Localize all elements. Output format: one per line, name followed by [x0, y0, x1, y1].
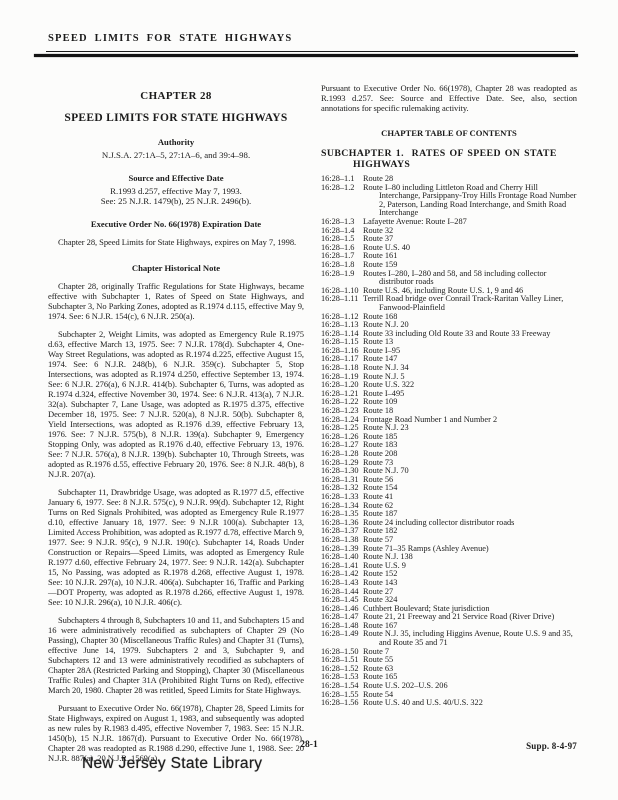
toc-entry-title: Routes I–280, I–280 and 58, and 58 inclu… — [363, 270, 577, 287]
toc-entry: 16:28–1.12 Route 168 — [321, 313, 577, 322]
toc-entry: 16:28–1.49 Route N.J. 35, including Higg… — [321, 630, 577, 647]
chapter-number: CHAPTER 28 — [48, 90, 304, 102]
authority-citation: N.J.S.A. 27:1A–5, 27:1A–6, and 39:4–98. — [48, 150, 304, 160]
toc-entry: 16:28–1.29 Route 73 — [321, 459, 577, 468]
toc-entry-title: Lafayette Avenue: Route I–287 — [363, 218, 577, 227]
running-header: SPEED LIMITS FOR STATE HIGHWAYS — [48, 33, 576, 44]
toc-entry: 16:28–1.11 Terrill Road bridge over Conr… — [321, 295, 577, 312]
toc-entry: 16:28–1.3 Lafayette Avenue: Route I–287 — [321, 218, 577, 227]
toc-entry-title: Route 7 — [363, 648, 577, 657]
toc-entry: 16:28–1.7 Route 161 — [321, 252, 577, 261]
toc-entry-title: Route 182 — [363, 527, 577, 536]
header-rule-thin — [46, 51, 575, 52]
toc-entry: 16:28–1.54 Route U.S. 202–U.S. 206 — [321, 682, 577, 691]
toc-entry: 16:28–1.43 Route 143 — [321, 579, 577, 588]
toc-entry-number: 16:28–1.56 — [321, 699, 363, 708]
toc-entry: 16:28–1.5 Route 37 — [321, 235, 577, 244]
toc-entry: 16:28–1.47 Route 21, 21 Freeway and 21 S… — [321, 613, 577, 622]
toc-entry-title: Route 33 including Old Route 33 and Rout… — [363, 330, 577, 339]
toc-entry: 16:28–1.39 Route 71–35 Ramps (Ashley Ave… — [321, 545, 577, 554]
toc-entry-number: 16:28–1.2 — [321, 184, 363, 193]
historical-note-paragraphs: Chapter 28, originally Traffic Regulatio… — [48, 281, 304, 763]
authority-heading: Authority — [48, 137, 304, 147]
historical-paragraph: Subchapters 4 through 8, Subchapters 10 … — [48, 615, 304, 695]
toc-entry: 16:28–1.50 Route 7 — [321, 648, 577, 657]
toc-entry: 16:28–1.25 Route N.J. 23 — [321, 424, 577, 433]
toc-entry-title: Route N.J. 70 — [363, 467, 577, 476]
toc-entry: 16:28–1.19 Route N.J. 5 — [321, 373, 577, 382]
toc-list: 16:28–1.1 Route 28 16:28–1.2 Route I–80 … — [321, 175, 577, 708]
toc-heading: CHAPTER TABLE OF CONTENTS — [321, 128, 577, 138]
toc-entry-title: Route I–80 including Littleton Road and … — [363, 184, 577, 218]
header-rule-thick — [34, 54, 578, 57]
historical-paragraph: Subchapter 2, Weight Limits, was adopted… — [48, 329, 304, 479]
source-line-2: See: 25 N.J.R. 1479(b), 25 N.J.R. 2496(b… — [48, 196, 304, 206]
toc-entry: 16:28–1.16 Route I–95 — [321, 347, 577, 356]
subchapter-heading: SUBCHAPTER 1. RATES OF SPEED ON STATE HI… — [321, 148, 577, 170]
source-line-1: R.1993 d.257, effective May 7, 1993. — [48, 186, 304, 196]
historical-paragraph: Pursuant to Executive Order No. 66(1978)… — [48, 703, 304, 763]
chapter-title: SPEED LIMITS FOR STATE HIGHWAYS — [48, 112, 304, 124]
toc-entry-title: Terrill Road bridge over Conrail Track-R… — [363, 295, 577, 312]
toc-entry-title: Route 143 — [363, 579, 577, 588]
right-column: Pursuant to Executive Order No. 66(1978)… — [321, 78, 577, 752]
toc-entry-title: Route 154 — [363, 484, 577, 493]
toc-entry: 16:28–1.20 Route U.S. 322 — [321, 381, 577, 390]
toc-entry-title: Route 109 — [363, 398, 577, 407]
expiration-text: Chapter 28, Speed Limits for State Highw… — [48, 237, 304, 247]
subchapter-number: SUBCHAPTER 1. — [321, 148, 404, 159]
continuation-paragraph: Pursuant to Executive Order No. 66(1978)… — [321, 83, 577, 113]
toc-entry-number: 16:28–1.9 — [321, 270, 363, 279]
toc-entry-title: Route 55 — [363, 656, 577, 665]
toc-entry: 16:28–1.53 Route 165 — [321, 673, 577, 682]
toc-entry: 16:28–1.33 Route 41 — [321, 493, 577, 502]
toc-entry: 16:28–1.31 Route 56 — [321, 476, 577, 485]
toc-entry-number: 16:28–1.49 — [321, 630, 363, 639]
left-column: CHAPTER 28 SPEED LIMITS FOR STATE HIGHWA… — [48, 78, 304, 752]
toc-entry: 16:28–1.4 Route 32 — [321, 227, 577, 236]
toc-entry: 16:28–1.56 Route U.S. 40 and U.S. 40/U.S… — [321, 699, 577, 708]
toc-entry-title: Route U.S. 202–U.S. 206 — [363, 682, 577, 691]
toc-entry: 16:28–1.36 Route 24 including collector … — [321, 519, 577, 528]
toc-entry-title: Route U.S. 40 and U.S. 40/U.S. 322 — [363, 699, 577, 708]
toc-entry: 16:28–1.44 Route 27 — [321, 588, 577, 597]
toc-entry-title: Route N.J. 35, including Higgins Avenue,… — [363, 630, 577, 647]
source-heading: Source and Effective Date — [48, 173, 304, 183]
toc-entry: 16:28–1.28 Route 208 — [321, 450, 577, 459]
toc-entry: 16:28–1.18 Route N.J. 34 — [321, 364, 577, 373]
toc-entry: 16:28–1.21 Route I–495 — [321, 390, 577, 399]
toc-entry: 16:28–1.14 Route 33 including Old Route … — [321, 330, 577, 339]
toc-entry: 16:28–1.9 Routes I–280, I–280 and 58, an… — [321, 270, 577, 287]
toc-entry: 16:28–1.37 Route 182 — [321, 527, 577, 536]
toc-entry-title: Route 32 — [363, 227, 577, 236]
historical-paragraph: Chapter 28, originally Traffic Regulatio… — [48, 281, 304, 321]
expiration-heading: Executive Order No. 66(1978) Expiration … — [48, 219, 304, 229]
toc-entry: 16:28–1.30 Route N.J. 70 — [321, 467, 577, 476]
toc-entry: 16:28–1.52 Route 63 — [321, 665, 577, 674]
toc-entry: 16:28–1.15 Route 13 — [321, 338, 577, 347]
supplement-date: Supp. 8-4-97 — [526, 741, 577, 751]
historical-note-heading: Chapter Historical Note — [48, 263, 304, 273]
page-columns: CHAPTER 28 SPEED LIMITS FOR STATE HIGHWA… — [48, 78, 577, 752]
toc-entry: 16:28–1.22 Route 109 — [321, 398, 577, 407]
library-stamp: New Jersey State Library — [82, 755, 262, 773]
toc-entry: 16:28–1.6 Route U.S. 40 — [321, 244, 577, 253]
toc-entry: 16:28–1.42 Route 152 — [321, 570, 577, 579]
toc-entry: 16:28–1.40 Route N.J. 138 — [321, 553, 577, 562]
toc-entry: 16:28–1.26 Route 185 — [321, 433, 577, 442]
toc-entry: 16:28–1.24 Frontage Road Number 1 and Nu… — [321, 416, 577, 425]
toc-entry-title: Route 208 — [363, 450, 577, 459]
toc-entry-title: Route 41 — [363, 493, 577, 502]
toc-entry: 16:28–1.27 Route 183 — [321, 441, 577, 450]
toc-entry: 16:28–1.32 Route 154 — [321, 484, 577, 493]
toc-entry: 16:28–1.41 Route U.S. 9 — [321, 562, 577, 571]
toc-entry: 16:28–1.51 Route 55 — [321, 656, 577, 665]
toc-entry-number: 16:28–1.11 — [321, 295, 363, 304]
toc-entry: 16:28–1.2 Route I–80 including Littleton… — [321, 184, 577, 218]
toc-entry: 16:28–1.17 Route 147 — [321, 355, 577, 364]
document-page: SPEED LIMITS FOR STATE HIGHWAYS CHAPTER … — [0, 0, 618, 800]
historical-paragraph: Subchapter 11, Drawbridge Usage, was ado… — [48, 487, 304, 607]
toc-entry: 16:28–1.34 Route 62 — [321, 502, 577, 511]
